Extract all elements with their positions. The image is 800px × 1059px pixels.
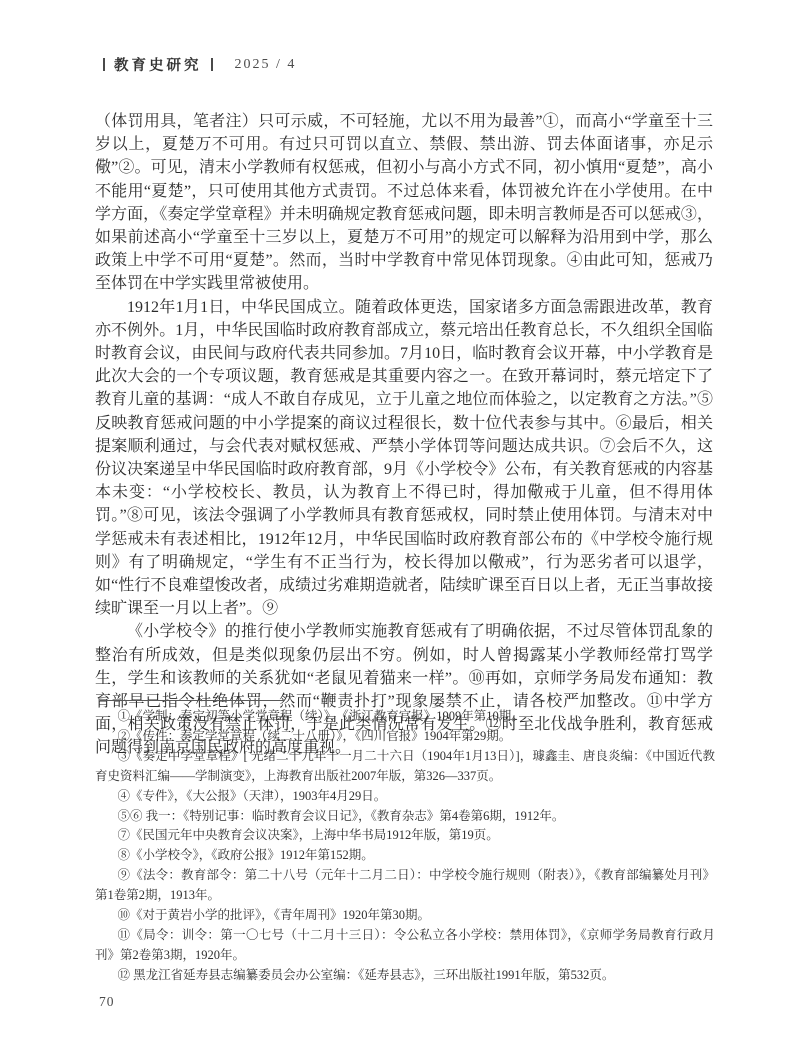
- footnote: ⑧《小学校令》，《政府公报》1912年第152期。: [95, 846, 715, 866]
- journal-title: 教育史研究: [114, 54, 202, 75]
- footnote: ②《传件：奏定学堂章程（续二十八册）》，《四川官报》1904年第29期。: [95, 727, 715, 747]
- vertical-bar-icon: [211, 58, 213, 71]
- footnote: ③《奏定中学堂章程》[ 光绪二十九年十一月二十六日（1904年1月13日）]，璩…: [95, 747, 715, 787]
- body-paragraph: （体罚用具，笔者注）只可示威，不可轻施，尤以不用为最善”①，而高小“学童至十三岁…: [95, 110, 713, 296]
- page-number: 70: [99, 994, 115, 1010]
- footnote: ⑩《对于黄岩小学的批评》，《青年周刊》1920年第30期。: [95, 906, 715, 926]
- body-paragraph: 1912年1月1日，中华民国成立。随着政体更迭，国家诸多方面急需跟进改革，教育亦…: [95, 296, 713, 621]
- footnote: ⑨《法令：教育部令：第二十八号（元年十二月二日）：中学校令施行规则（附表）》，《…: [95, 866, 715, 906]
- footnote-separator: [100, 700, 284, 701]
- vertical-bar-icon: [103, 58, 105, 71]
- article-body: （体罚用具，笔者注）只可示威，不可轻施，尤以不用为最善”①，而高小“学童至十三岁…: [95, 110, 713, 760]
- journal-page: 教育史研究 2025 / 4 （体罚用具，笔者注）只可示威，不可轻施，尤以不用为…: [0, 0, 800, 1059]
- footnote: ⑫ 黑龙江省延寿县志编纂委员会办公室编：《延寿县志》，三环出版社1991年版，第…: [95, 966, 715, 986]
- footnote: ⑪《局令：训令：第一〇七号（十二月十三日）：令公私立各小学校：禁用体罚》，《京师…: [95, 926, 715, 966]
- footnote: ①《学制：奏定初等小学堂章程（续）》，《浙江教育官报》1909年第10期。: [95, 707, 715, 727]
- footnote: ④《专件》，《大公报》（天津），1903年4月29日。: [95, 787, 715, 807]
- footnote: ⑤⑥ 我一：《特别记事：临时教育会议日记》，《教育杂志》第4卷第6期，1912年…: [95, 807, 715, 827]
- footnotes-section: ①《学制：奏定初等小学堂章程（续）》，《浙江教育官报》1909年第10期。 ②《…: [95, 707, 715, 986]
- page-header: 教育史研究 2025 / 4: [103, 54, 296, 75]
- issue-label: 2025 / 4: [235, 57, 297, 73]
- footnote: ⑦《民国元年中央教育会议决案》，上海中华书局1912年版，第19页。: [95, 826, 715, 846]
